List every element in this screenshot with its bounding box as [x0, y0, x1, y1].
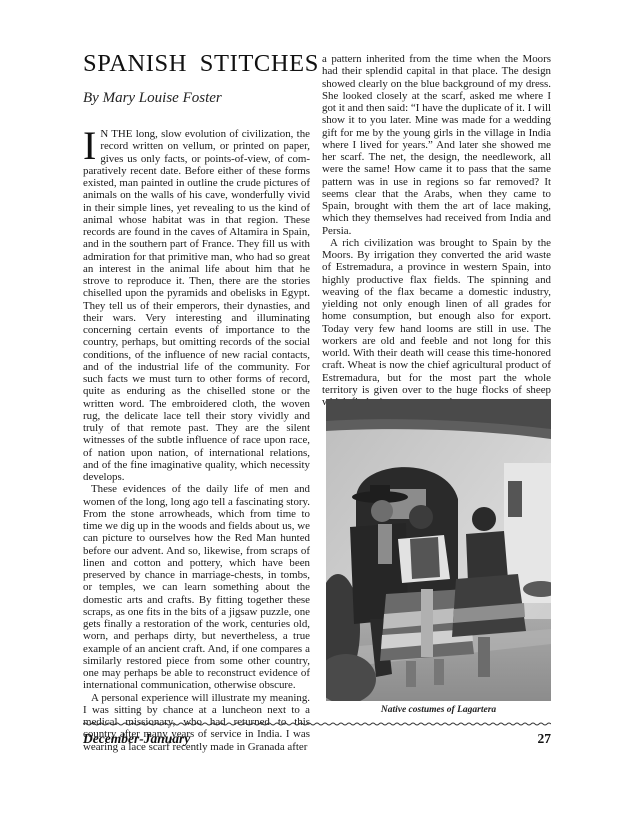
photo-illustration: [326, 399, 551, 701]
issue-label: December-January: [83, 731, 190, 747]
magazine-page: SPANISH STITCHES By Mary Louise Foster I…: [0, 0, 630, 821]
paragraph: IN THE long, slow evolution of civilizat…: [83, 128, 310, 483]
wavy-divider: [83, 721, 551, 727]
article-body-left: IN THE long, slow evolution of civilizat…: [83, 128, 310, 753]
photograph: [326, 399, 551, 701]
page-number: 27: [510, 731, 551, 747]
left-column: SPANISH STITCHES By Mary Louise Foster I…: [83, 50, 310, 753]
right-column: a pattern inherited from the time when t…: [322, 53, 551, 408]
photo-caption: Native costumes of Lagartera: [326, 705, 551, 715]
drop-cap: I: [83, 130, 96, 162]
paragraph: A rich civilization was brought to Spain…: [322, 237, 551, 409]
article-title: SPANISH STITCHES: [83, 50, 310, 78]
paragraph-text: N THE long, slow evolution of civilizati…: [83, 128, 310, 483]
article-byline: By Mary Louise Foster: [83, 89, 310, 107]
article-body-right: a pattern inherited from the time when t…: [322, 53, 551, 408]
paragraph: These evidences of the daily life of men…: [83, 483, 310, 691]
paragraph: a pattern inherited from the time when t…: [322, 53, 551, 237]
